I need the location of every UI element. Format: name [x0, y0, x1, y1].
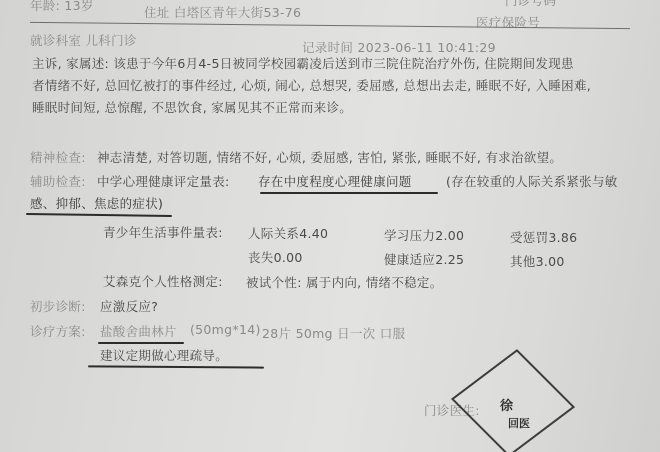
personality-text: 被试个性: 属于内向, 情绪不稳定。 [246, 273, 443, 291]
personality-label: 艾森克个人性格测定: [103, 272, 223, 290]
history-line-3: 睡眠时间短, 总惊醒, 不思饮食, 家属见其不正常而来诊。 [32, 98, 352, 116]
aux-exam-note-1: (存在较重的人际关系紧张与敏 [446, 172, 618, 190]
life-event-study-pressure: 学习压力2.00 [384, 226, 464, 244]
insurance-number-label: 医疗保险号 [476, 13, 540, 31]
history-line-2: 者情绪不好, 总回忆被打的事件经过, 心烦, 闹心, 总想哭, 委屈感, 总想出… [32, 76, 591, 94]
life-event-other: 其他3.00 [510, 252, 565, 270]
treatment-drug: 盐酸舍曲林片 [100, 322, 177, 340]
aux-exam-scale: 中学心理健康评定量表: [97, 172, 230, 190]
stamp-title: 回医 [508, 415, 530, 431]
aux-exam-result: 存在中度程度心理健康问题 [258, 172, 412, 190]
aux-exam-label: 辅助检查: [30, 172, 86, 190]
mental-exam-text: 神志清楚, 对答切题, 情绪不好, 心烦, 委屈感, 害怕, 紧张, 睡眠不好,… [97, 148, 562, 166]
life-event-health-adaptation: 健康适应2.25 [384, 250, 464, 268]
diagnosis-text: 应激反应? [100, 297, 158, 315]
life-events-label: 青少年生活事件量表: [103, 223, 223, 241]
patient-age: 年龄: 13岁 [30, 0, 94, 14]
diagnosis-label: 初步诊断: [30, 297, 86, 315]
note-underline [26, 213, 172, 217]
life-event-loss: 丧失0.00 [248, 248, 303, 266]
patient-address: 住址 白塔区青年大街53-76 [144, 3, 301, 21]
department: 就诊科室 儿科门诊 [30, 31, 137, 49]
life-event-interpersonal: 人际关系4.40 [248, 224, 328, 242]
mental-exam-label: 精神检查: [30, 148, 86, 166]
aux-exam-note-2: 感、抑郁、焦虑的症状) [30, 194, 163, 212]
life-event-punishment: 受惩罚3.86 [510, 228, 577, 246]
result-underline [260, 192, 438, 194]
treatment-spec: (50mg*14) [190, 322, 261, 337]
advice-underline [88, 365, 264, 368]
treatment-dose: 28片 50mg 日一次 口服 [262, 324, 405, 342]
stamp-name: 徐 [500, 395, 513, 414]
drug-underline [98, 342, 184, 344]
outpatient-number: 门诊号码 [505, 0, 556, 9]
treatment-label: 诊疗方案: [30, 322, 86, 340]
history-line-1: 主诉, 家属述: 该患于今年6月4-5日被同学校园霸凌后送到市三院住院治疗外伤,… [32, 54, 574, 72]
medical-record-document: 年龄: 13岁 住址 白塔区青年大街53-76 门诊号码 医疗保险号 就诊科室 … [0, 0, 660, 452]
treatment-advice: 建议定期做心理疏导。 [100, 346, 228, 364]
